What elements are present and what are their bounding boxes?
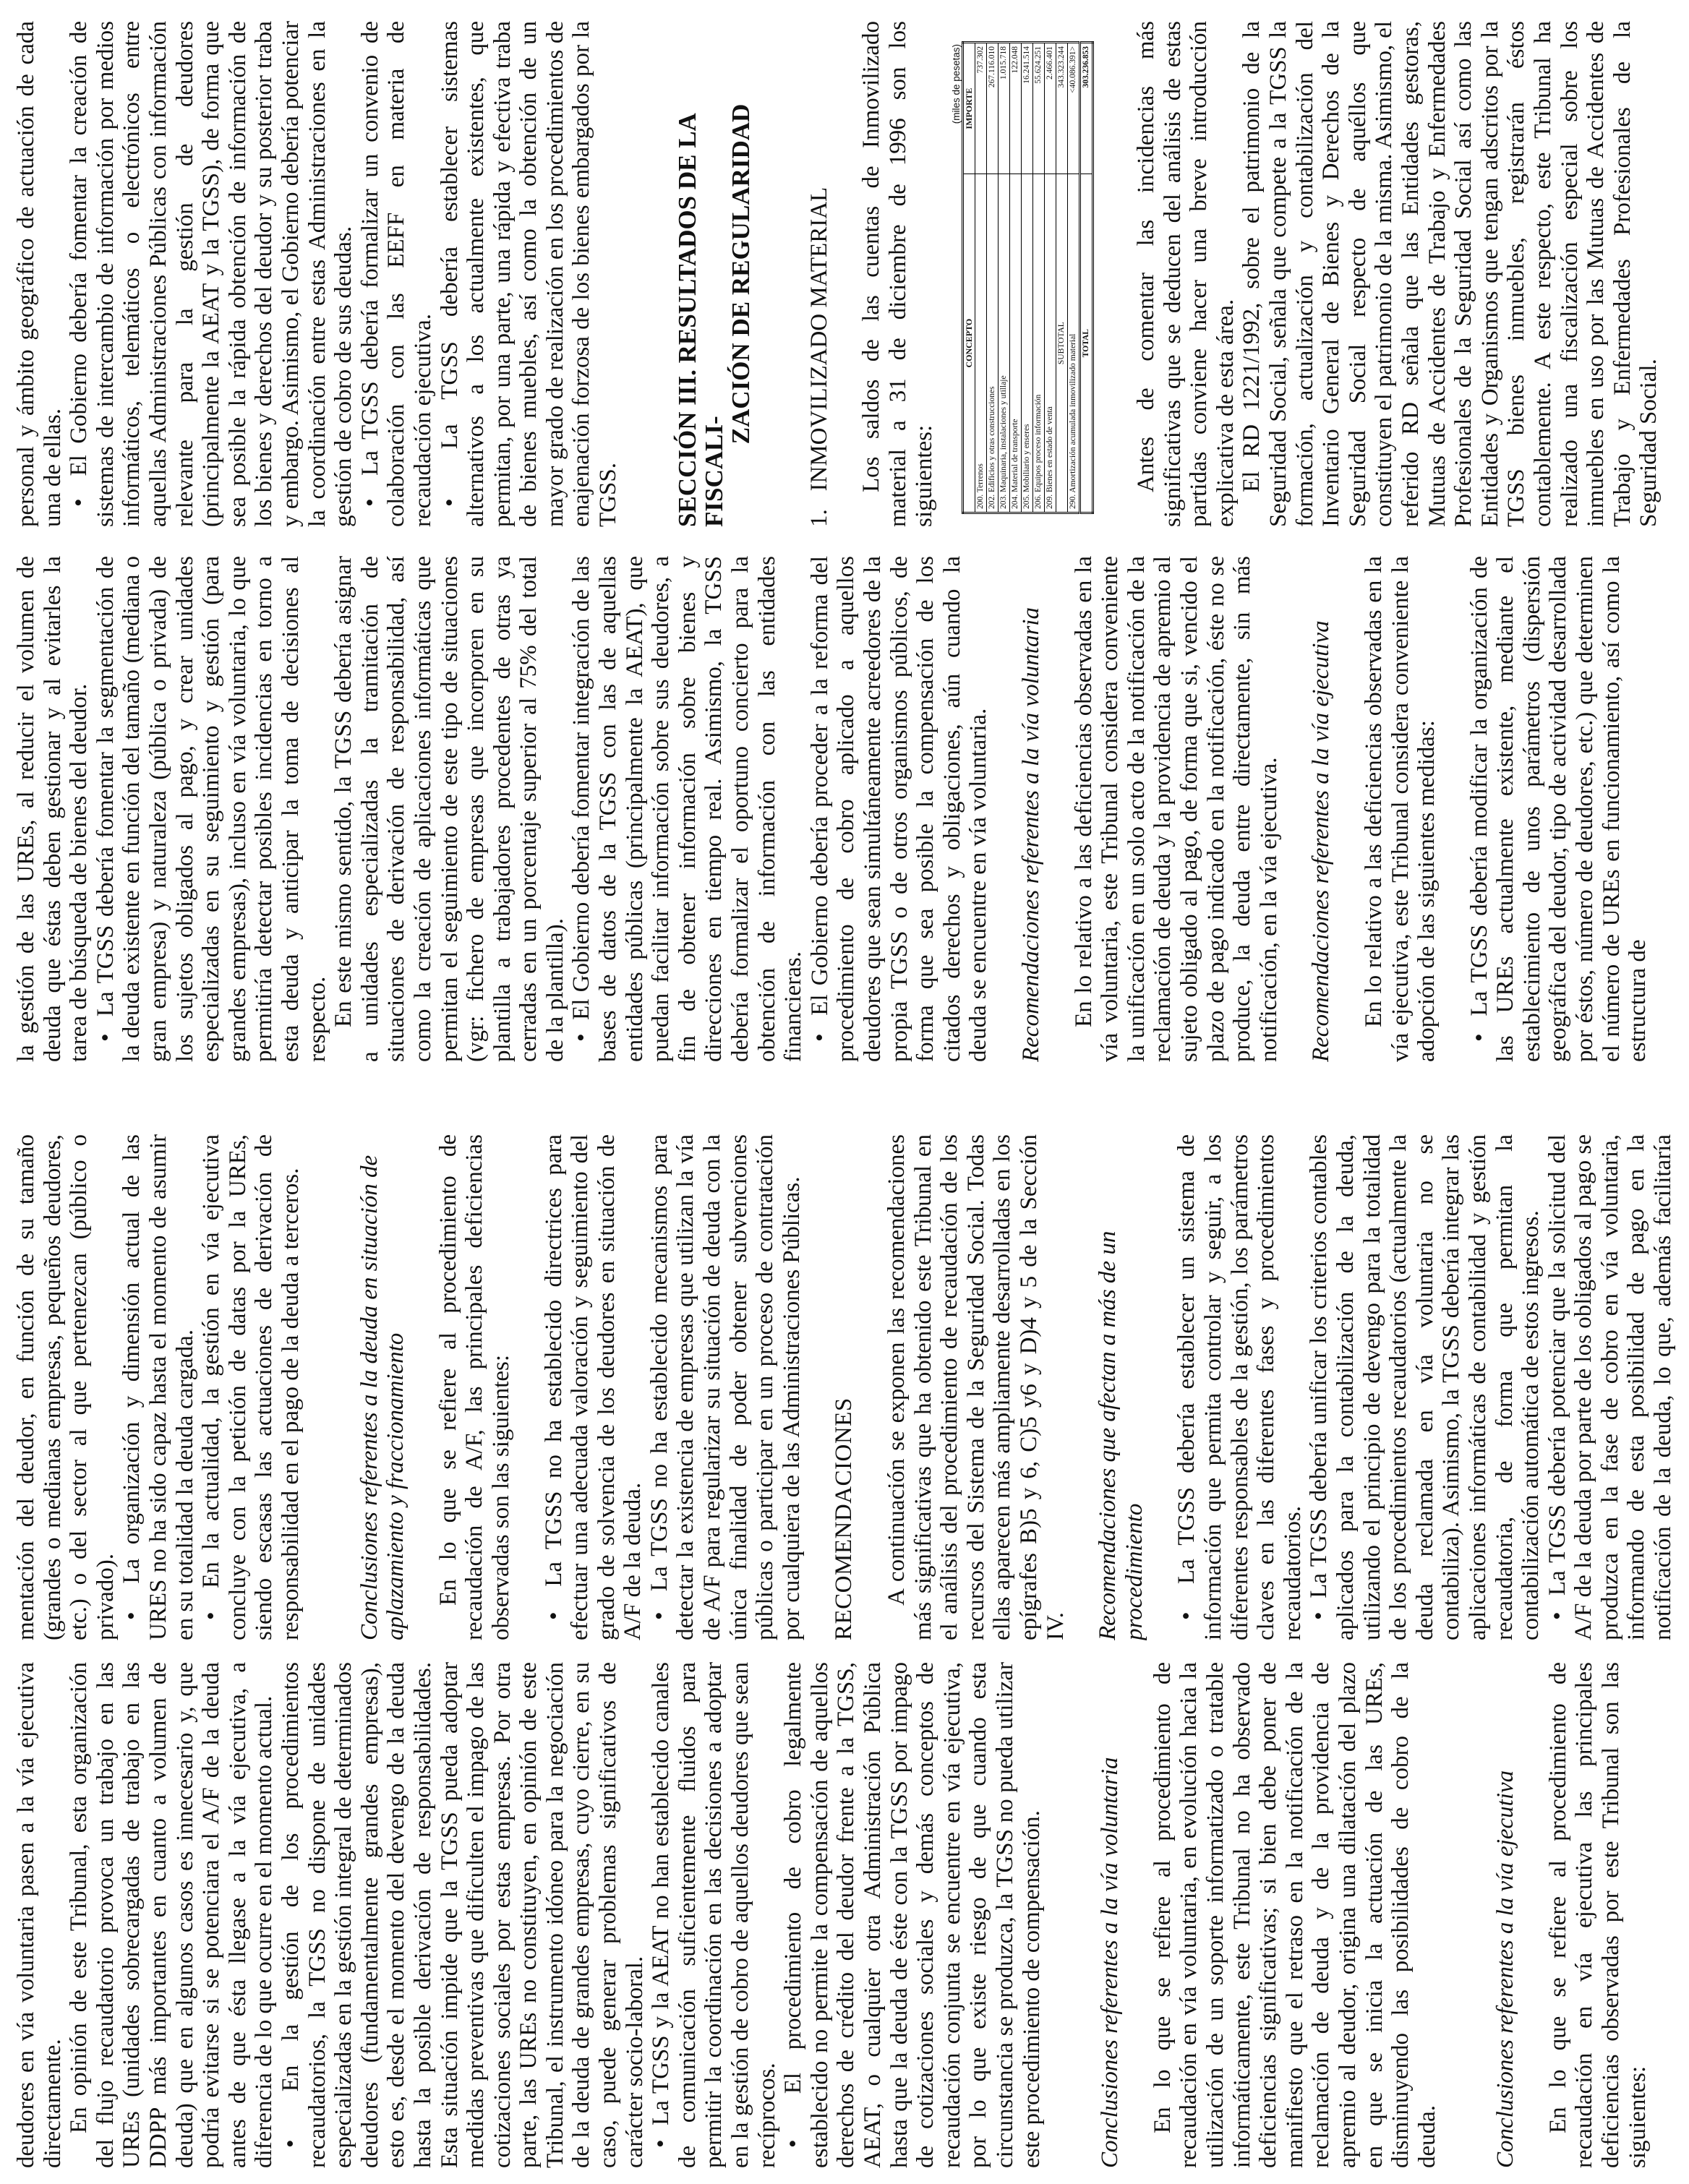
text-column-3: la gestión de las UREs, al reducir el vo… [13, 556, 1676, 1062]
amount-cell: 122.048 [1010, 43, 1022, 174]
spacer [1440, 1662, 1492, 2168]
header-concept: CONCEPTO [963, 174, 975, 513]
concept-cell: 200. Terrenos [975, 174, 987, 513]
section-heading-line2: ZACIÓN DE REGULARIDAD [727, 21, 754, 527]
spacer [1069, 1134, 1095, 1640]
paragraph: En lo que se refiere al procedimiento de… [1545, 1662, 1651, 2168]
bullet-item: La TGSS debería establecer un sistema de… [1173, 1134, 1306, 1640]
section-heading-line1: SECCIÓN III. RESULTADOS DE LA FISCALI- [673, 114, 728, 527]
paragraph: En este mismo sentido, la TGSS debería a… [330, 556, 568, 1062]
col4-recommendations: personal y ámbito geográfico de actuació… [13, 21, 622, 527]
spacer [1282, 556, 1308, 1062]
spacer [805, 1134, 831, 1640]
bullet-item: La TGSS debería establecer sistemas alte… [437, 21, 622, 527]
header-amount: IMPORTE [963, 43, 975, 174]
paragraph: deudores en vía voluntaria pasen a la ví… [13, 1662, 66, 2168]
concept-cell: 209. Bienes en estado de venta [1045, 174, 1056, 513]
bullet-item: La TGSS debería unificar los criterios c… [1306, 1134, 1544, 1640]
paragraph: mentación del deudor, en función de su t… [13, 1134, 119, 1640]
table-row: 204. Material de transporte122.048 [1010, 43, 1022, 513]
table-units: (miles de pesetas) [951, 41, 962, 514]
italic-subheading: Recomendaciones que afectan a más de un … [1095, 1134, 1147, 1640]
text-column-4: personal y ámbito geográfico de actuació… [13, 21, 1676, 527]
amount-cell: 16.241.514 [1022, 43, 1033, 174]
spacer [1519, 1662, 1545, 2168]
paragraph: En lo relativo a las deficiencias observ… [1361, 556, 1440, 1062]
bullet-item: El Gobierno debería fomentar la creación… [66, 21, 357, 527]
spacer [858, 1134, 884, 1640]
table-row: 209. Bienes en estado de venta2.466.401 [1045, 43, 1056, 513]
rotated-document-page: deudores en vía voluntaria pasen a la ví… [0, 0, 1689, 2184]
spacer [992, 556, 1018, 1062]
amount-cell: 303.236.853 [1080, 43, 1093, 174]
concept-cell: SUBTOTAL [1056, 174, 1068, 513]
bullet-item: En la actualidad, la gestión en vía ejec… [198, 1134, 304, 1640]
bullet-item: La TGSS debería potenciar que la solicit… [1544, 1134, 1676, 1640]
spacer [1651, 1662, 1676, 2168]
section-heading: SECCIÓN III. RESULTADOS DE LA FISCALI- Z… [674, 21, 754, 527]
italic-subheading: Conclusiones referentes a la deuda en si… [356, 1134, 409, 1640]
paragraph: En lo que se refiere al procedimiento de… [435, 1134, 515, 1640]
amount-cell: 55.624.251 [1033, 43, 1045, 174]
spacer [1124, 1662, 1150, 2168]
amount-cell: 267.116.010 [987, 43, 999, 174]
concept-cell: 290. Amortización acumulada inmovilizado… [1068, 174, 1080, 513]
amount-cell: 737.302 [975, 43, 987, 174]
paragraph: Antes de comentar las incidencias más si… [1133, 21, 1239, 527]
concept-cell: 205. Mobiliario y enseres [1022, 174, 1033, 513]
italic-subheading: Conclusiones referentes a la vía volunta… [1097, 1662, 1124, 2168]
text-column-1: deudores en vía voluntaria pasen a la ví… [13, 1662, 1676, 2168]
spacer [304, 1134, 356, 1640]
heading-recomendaciones: RECOMENDACIONES [831, 1134, 858, 1640]
amount-cell: 2.466.401 [1045, 43, 1056, 174]
table-row: 203. Maquinaria, instalaciones y utillaj… [999, 43, 1010, 513]
bullet-item: La TGSS no ha establecido mecanismos par… [646, 1134, 805, 1640]
bullet-item: El Gobierno debería fomentar integración… [568, 556, 806, 1062]
intro-paragraph: Los saldos de las cuentas de Inmovilizad… [858, 21, 938, 527]
paragraph: la gestión de las UREs, al reducir el vo… [13, 556, 93, 1062]
paragraph: personal y ámbito geográfico de actuació… [13, 21, 66, 527]
inmovilizado-table: CONCEPTO IMPORTE 200. Terrenos737.302202… [962, 41, 1094, 514]
spacer [1335, 556, 1361, 1062]
spacer [1045, 1662, 1097, 2168]
subsection-heading: 1. INMOVILIZADO MATERIAL [806, 21, 833, 527]
text-column-2: mentación del deudor, en función de su t… [13, 1134, 1676, 1640]
inmovilizado-table-wrap: (miles de pesetas) CONCEPTO IMPORTE 200.… [951, 21, 1094, 527]
amount-cell: 343.323.244 [1056, 43, 1068, 174]
table-row: 290. Amortización acumulada inmovilizado… [1068, 43, 1080, 513]
table-row: 202. Edificios y otras construcciones267… [987, 43, 999, 513]
bullet-item: En la gestión de los procedimientos reca… [278, 1662, 648, 2168]
italic-subheading: Recomendaciones referentes a la vía volu… [1018, 556, 1045, 1062]
spacer [409, 1134, 435, 1640]
table-row: 205. Mobiliario y enseres16.241.514 [1022, 43, 1033, 513]
italic-subheading: Conclusiones referentes a la vía ejecuti… [1492, 1662, 1519, 2168]
concept-cell: TOTAL [1080, 174, 1093, 513]
paragraph: En lo que se refiere al procedimiento de… [1150, 1662, 1441, 2168]
paragraph: A continuación se exponen las recomendac… [884, 1134, 1069, 1640]
table-row: 200. Terrenos737.302 [975, 43, 987, 513]
bullet-item: La organización y dimensión actual de la… [119, 1134, 198, 1640]
bullet-item: La TGSS no ha establecido directrices pa… [541, 1134, 646, 1640]
concept-cell: 203. Maquinaria, instalaciones y utillaj… [999, 174, 1010, 513]
table-row: 206. Equipos proceso información55.624.2… [1033, 43, 1045, 513]
italic-subheading: Recomendaciones referentes a la vía ejec… [1308, 556, 1335, 1062]
table-row: TOTAL303.236.853 [1080, 43, 1093, 513]
amount-cell: <40.086.391> [1068, 43, 1080, 174]
concept-cell: 206. Equipos proceso información [1033, 174, 1045, 513]
bullet-item: La TGSS y la AEAT no han establecido can… [648, 1662, 780, 2168]
table-row: SUBTOTAL343.323.244 [1056, 43, 1068, 513]
amount-cell: 1.015.718 [999, 43, 1010, 174]
bullet-item: El procedimiento de cobro legalmente est… [780, 1662, 1045, 2168]
paragraph: En opinión de este Tribunal, esta organi… [66, 1662, 278, 2168]
bullet-item: La TGSS debería modificar la organizació… [1466, 556, 1651, 1062]
spacer [1147, 1134, 1173, 1640]
spacer [515, 1134, 541, 1640]
spacer [1440, 556, 1466, 1062]
spacer [1045, 556, 1071, 1062]
paragraph: El RD 1221/1992, sobre el patrimonio de … [1239, 21, 1662, 527]
bullet-item: La TGSS debería fomentar la segmentación… [93, 556, 330, 1062]
bullet-item: La TGSS debería formalizar un convenio d… [357, 21, 437, 527]
concept-cell: 202. Edificios y otras construcciones [987, 174, 999, 513]
bullet-item: El Gobierno debería proceder a la reform… [807, 556, 992, 1062]
paragraph: En lo relativo a las deficiencias observ… [1071, 556, 1283, 1062]
col4-commentary: Antes de comentar las incidencias más si… [1133, 21, 1662, 527]
concept-cell: 204. Material de transporte [1010, 174, 1022, 513]
